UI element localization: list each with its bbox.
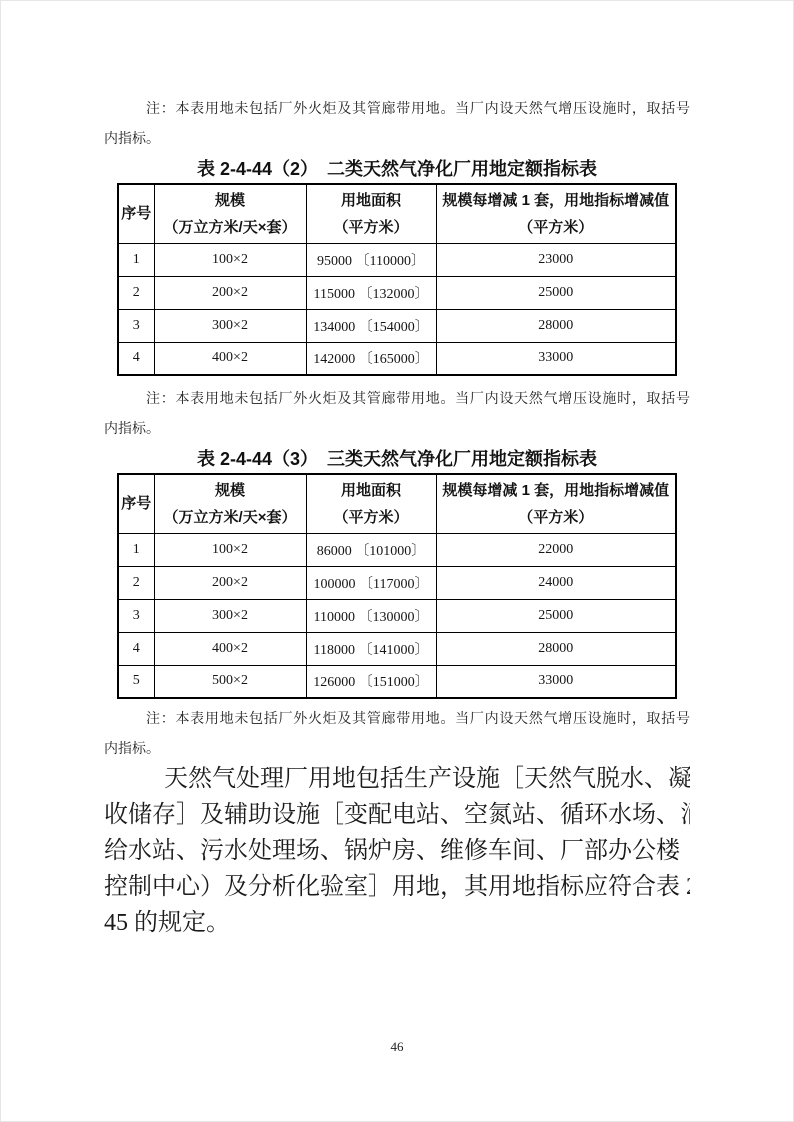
cell-scale: 300×2	[154, 309, 306, 342]
col-header-seq: 序号	[118, 474, 154, 533]
paragraph-line: 控制中心）及分析化验室］用地，其用地指标应符合表 2-4-	[104, 869, 690, 905]
header-label: 规模	[155, 477, 306, 504]
cell-seq: 5	[118, 665, 154, 698]
cell-scale: 400×2	[154, 632, 306, 665]
table-row: 4 400×2 142000 〔165000〕 33000	[118, 342, 676, 375]
cell-area: 126000 〔151000〕	[306, 665, 436, 698]
header-unit: （平方米）	[437, 504, 676, 531]
cell-area: 118000 〔141000〕	[306, 632, 436, 665]
cell-seq: 4	[118, 342, 154, 375]
header-row: 序号 规模 （万立方米/天×套） 用地面积 （平方米） 规模每增减 1 套，用地…	[118, 474, 676, 533]
cell-increment: 33000	[436, 665, 676, 698]
cell-area: 95000 〔110000〕	[306, 243, 436, 276]
header-label: 规模每增减 1 套，用地指标增减值	[437, 187, 676, 214]
page-content: 注：本表用地未包括厂外火炬及其管廊带用地。当厂内设天然气增压设施时，取括号 内指…	[104, 95, 690, 941]
cell-seq: 1	[118, 533, 154, 566]
cell-area: 110000 〔130000〕	[306, 599, 436, 632]
header-label: 用地面积	[307, 477, 436, 504]
document-page: 注：本表用地未包括厂外火炬及其管廊带用地。当厂内设天然气增压设施时，取括号 内指…	[0, 0, 794, 1122]
cell-seq: 3	[118, 599, 154, 632]
cell-area: 86000 〔101000〕	[306, 533, 436, 566]
cell-seq: 1	[118, 243, 154, 276]
col-header-increment: 规模每增减 1 套，用地指标增减值 （平方米）	[436, 184, 676, 243]
header-unit: （平方米）	[307, 214, 436, 241]
cell-increment: 24000	[436, 566, 676, 599]
header-row: 序号 规模 （万立方米/天×套） 用地面积 （平方米） 规模每增减 1 套，用地…	[118, 184, 676, 243]
cell-increment: 23000	[436, 243, 676, 276]
paragraph-line: 收储存］及辅助设施［变配电站、空氮站、循环水场、消防	[104, 797, 690, 833]
cell-increment: 22000	[436, 533, 676, 566]
header-label: 规模	[155, 187, 306, 214]
cell-increment: 28000	[436, 632, 676, 665]
table-row: 2 200×2 115000 〔132000〕 25000	[118, 276, 676, 309]
cell-increment: 28000	[436, 309, 676, 342]
table-row: 3 300×2 110000 〔130000〕 25000	[118, 599, 676, 632]
col-header-increment: 规模每增减 1 套，用地指标增减值 （平方米）	[436, 474, 676, 533]
cell-area: 142000 〔165000〕	[306, 342, 436, 375]
col-header-area: 用地面积 （平方米）	[306, 474, 436, 533]
cell-area: 115000 〔132000〕	[306, 276, 436, 309]
note-line-2: 内指标。	[104, 125, 690, 155]
table-note-class2: 注：本表用地未包括厂外火炬及其管廊带用地。当厂内设天然气增压设施时，取括号 内指…	[104, 385, 690, 445]
header-label: 规模每增减 1 套，用地指标增减值	[437, 477, 676, 504]
paragraph-line: 天然气处理厂用地包括生产设施［天然气脱水、凝液回	[104, 761, 690, 797]
note-line-1: 注：本表用地未包括厂外火炬及其管廊带用地。当厂内设天然气增压设施时，取括号	[104, 95, 690, 125]
cell-seq: 3	[118, 309, 154, 342]
note-line-2: 内指标。	[104, 415, 690, 445]
table-row: 3 300×2 134000 〔154000〕 28000	[118, 309, 676, 342]
cell-scale: 100×2	[154, 533, 306, 566]
cell-scale: 400×2	[154, 342, 306, 375]
table-2-4-44-2-title: 表 2-4-44（2） 二类天然气净化厂用地定额指标表	[104, 157, 690, 182]
cell-seq: 2	[118, 566, 154, 599]
table-note-class3: 注：本表用地未包括厂外火炬及其管廊带用地。当厂内设天然气增压设施时，取括号 内指…	[104, 705, 690, 765]
cell-increment: 25000	[436, 276, 676, 309]
col-header-scale: 规模 （万立方米/天×套）	[154, 184, 306, 243]
table-row: 2 200×2 100000 〔117000〕 24000	[118, 566, 676, 599]
table-row: 1 100×2 86000 〔101000〕 22000	[118, 533, 676, 566]
paragraph-line: 给水站、污水处理场、锅炉房、维修车间、厂部办公楼（含	[104, 833, 690, 869]
col-header-seq: 序号	[118, 184, 154, 243]
header-label: 序号	[119, 490, 154, 517]
header-unit: （万立方米/天×套）	[155, 214, 306, 241]
table-row: 5 500×2 126000 〔151000〕 33000	[118, 665, 676, 698]
cell-scale: 500×2	[154, 665, 306, 698]
paragraph-line: 45 的规定。	[104, 905, 690, 941]
note-line-1: 注：本表用地未包括厂外火炬及其管廊带用地。当厂内设天然气增压设施时，取括号	[104, 705, 690, 735]
header-unit: （万立方米/天×套）	[155, 504, 306, 531]
table-2-4-44-3-title: 表 2-4-44（3） 三类天然气净化厂用地定额指标表	[104, 447, 690, 472]
table-note-top: 注：本表用地未包括厂外火炬及其管廊带用地。当厂内设天然气增压设施时，取括号 内指…	[104, 95, 690, 155]
cell-area: 100000 〔117000〕	[306, 566, 436, 599]
cell-scale: 200×2	[154, 566, 306, 599]
header-unit: （平方米）	[437, 214, 676, 241]
cell-scale: 200×2	[154, 276, 306, 309]
cell-seq: 4	[118, 632, 154, 665]
cell-scale: 100×2	[154, 243, 306, 276]
header-unit: （平方米）	[307, 504, 436, 531]
page-number: 46	[1, 1039, 793, 1055]
header-label: 用地面积	[307, 187, 436, 214]
cell-area: 134000 〔154000〕	[306, 309, 436, 342]
quota-table-class3: 序号 规模 （万立方米/天×套） 用地面积 （平方米） 规模每增减 1 套，用地…	[117, 473, 677, 699]
note-line-1: 注：本表用地未包括厂外火炬及其管廊带用地。当厂内设天然气增压设施时，取括号	[104, 385, 690, 415]
cell-seq: 2	[118, 276, 154, 309]
body-paragraph: 天然气处理厂用地包括生产设施［天然气脱水、凝液回 收储存］及辅助设施［变配电站、…	[104, 761, 690, 941]
col-header-area: 用地面积 （平方米）	[306, 184, 436, 243]
quota-table-class2: 序号 规模 （万立方米/天×套） 用地面积 （平方米） 规模每增减 1 套，用地…	[117, 183, 677, 376]
header-label: 序号	[119, 200, 154, 227]
table-row: 4 400×2 118000 〔141000〕 28000	[118, 632, 676, 665]
table-row: 1 100×2 95000 〔110000〕 23000	[118, 243, 676, 276]
col-header-scale: 规模 （万立方米/天×套）	[154, 474, 306, 533]
cell-increment: 33000	[436, 342, 676, 375]
cell-increment: 25000	[436, 599, 676, 632]
cell-scale: 300×2	[154, 599, 306, 632]
